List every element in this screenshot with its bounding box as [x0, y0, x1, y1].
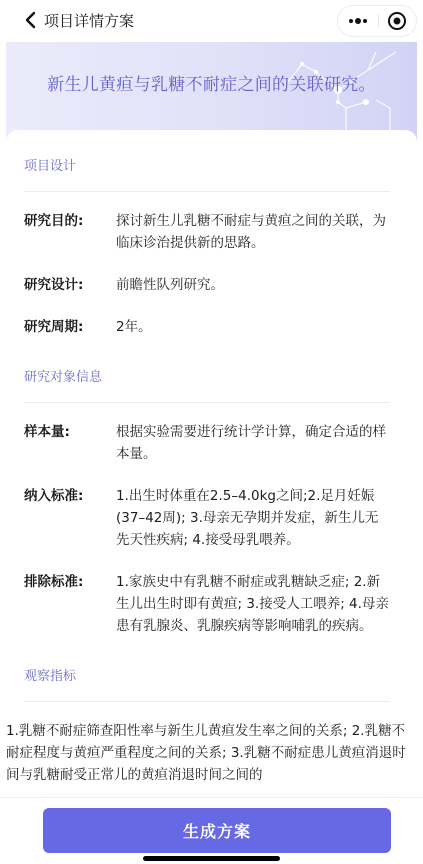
section-title-design: 项目设计 — [24, 157, 390, 177]
field-design: 研究设计: 前瞻性队列研究。 — [24, 274, 390, 296]
field-value: 探讨新生儿乳糖不耐症与黄疸之间的关联，为临床诊治提供新的思路。 — [116, 210, 390, 254]
detail-card: 项目设计 研究目的: 探讨新生儿乳糖不耐症与黄疸之间的关联，为临床诊治提供新的思… — [6, 130, 417, 810]
field-sample-size: 样本量: 根据实验需要进行统计学计算，确定合适的样本量。 — [24, 421, 390, 465]
mini-program-capsule — [337, 5, 417, 37]
field-label: 排除标准: — [24, 571, 116, 637]
section-title-indicators: 观察指标 — [24, 667, 390, 687]
field-label: 纳入标准: — [24, 485, 116, 551]
generate-plan-button[interactable]: 生成方案 — [43, 808, 391, 853]
field-label: 样本量: — [24, 421, 116, 465]
navigation-bar: 项目详情方案 — [0, 0, 423, 42]
field-value: 根据实验需要进行统计学计算，确定合适的样本量。 — [116, 421, 390, 465]
field-value: 1.出生时体重在2.5–4.0kg之间;2.足月妊娠(37–42周); 3.母亲… — [116, 485, 390, 551]
field-purpose: 研究目的: 探讨新生儿乳糖不耐症与黄疸之间的关联，为临床诊治提供新的思路。 — [24, 210, 390, 254]
page-title: 项目详情方案 — [44, 11, 134, 31]
field-label: 研究目的: — [24, 210, 116, 254]
detail-content: 项目设计 研究目的: 探讨新生儿乳糖不耐症与黄疸之间的关联，为临床诊治提供新的思… — [24, 130, 390, 786]
more-dots-icon[interactable] — [338, 6, 378, 36]
field-exclusion: 排除标准: 1.家族史中有乳糖不耐症或乳糖缺乏症; 2.新生儿出生时即有黄疸; … — [24, 571, 390, 637]
field-value: 1.家族史中有乳糖不耐症或乳糖缺乏症; 2.新生儿出生时即有黄疸; 3.接受人工… — [116, 571, 390, 637]
indicators-text: 1.乳糖不耐症筛查阳性率与新生儿黄疸发生率之间的关系; 2.乳糖不耐症程度与黄疸… — [6, 720, 406, 786]
field-inclusion: 纳入标准: 1.出生时体重在2.5–4.0kg之间;2.足月妊娠(37–42周)… — [24, 485, 390, 551]
bottom-action-bar: 生成方案 — [0, 797, 423, 864]
field-label: 研究设计: — [24, 274, 116, 296]
chevron-left-icon[interactable] — [24, 11, 38, 29]
target-close-icon[interactable] — [379, 6, 417, 36]
field-value: 前瞻性队列研究。 — [116, 274, 390, 296]
field-period: 研究周期: 2年。 — [24, 316, 390, 338]
home-indicator[interactable] — [143, 856, 280, 861]
project-banner: 新生儿黄疸与乳糖不耐症之间的关联研究。 — [6, 42, 417, 142]
section-title-subjects: 研究对象信息 — [24, 368, 390, 388]
field-label: 研究周期: — [24, 316, 116, 338]
field-value: 2年。 — [116, 316, 390, 338]
project-title: 新生儿黄疸与乳糖不耐症之间的关联研究。 — [6, 70, 417, 95]
